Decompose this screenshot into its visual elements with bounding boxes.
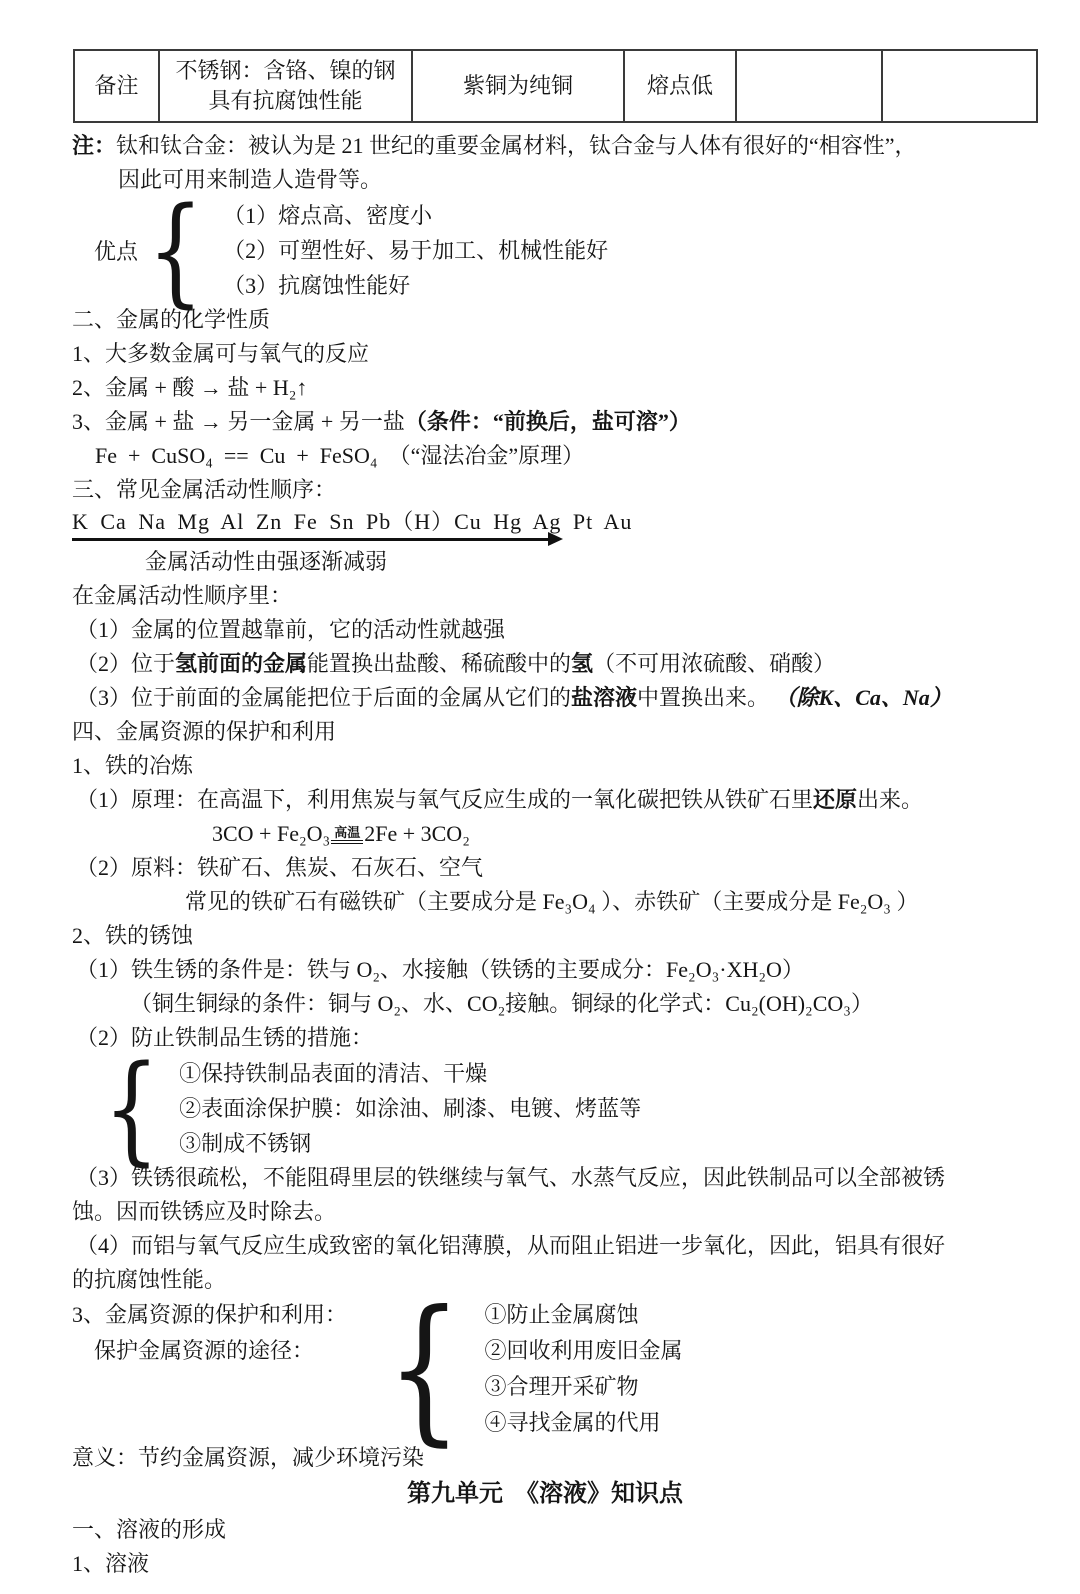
table-cell-stainless-steel: 不锈钢：含铬、镍的钢 具有抗腐蚀性能 (159, 50, 412, 122)
arrow-head-icon (548, 532, 563, 546)
protection-item: ③合理开采矿物 (485, 1369, 683, 1405)
table-row: 备注 不锈钢：含铬、镍的钢 具有抗腐蚀性能 紫铜为纯铜 熔点低 (74, 50, 1037, 122)
note-line-2: 因此可用来制造人造骨等。 (72, 163, 1036, 197)
prevention-list: ①保持铁制品表面的清洁、干燥 ②表面涂保护膜：如涂油、刷漆、电镀、烤蓝等 ③制成… (179, 1056, 641, 1161)
rule-3-exception: （除K、Ca、Na） (775, 685, 952, 710)
prevention-heading: （2）防止铁制品生锈的措施： (72, 1021, 1036, 1055)
reaction-condition: 高温 (331, 826, 363, 844)
chem-prop-1: 1、大多数金属可与氧气的反应 (72, 337, 1036, 371)
prevention-group: { ①保持铁制品表面的清洁、干燥 ②表面涂保护膜：如涂油、刷漆、电镀、烤蓝等 ③… (94, 1055, 1036, 1161)
rule-3-mid: 中置换出来。 (637, 685, 775, 710)
series-intro: 在金属活动性顺序里： (72, 579, 1036, 613)
activity-rule-1: （1）金属的位置越靠前，它的活动性就越强 (72, 613, 1036, 647)
study-notes-page: 备注 不锈钢：含铬、镍的钢 具有抗腐蚀性能 紫铜为纯铜 熔点低 注：钛和钛合金：… (0, 0, 1080, 1594)
series-caption: 金属活动性由强逐渐减弱 (72, 545, 1036, 579)
wet-metallurgy-equation: Fe + CuSO₄ == Cu + FeSO₄ （“湿法冶金”原理） (72, 439, 1036, 473)
equation-left: 3CO + Fe₂O₃ (212, 821, 330, 846)
left-brace-icon: { (387, 1298, 462, 1440)
protection-item: ②回收利用废旧金属 (485, 1333, 683, 1369)
protection-heading: 3、金属资源的保护和利用： (72, 1297, 372, 1333)
aluminum-line-2: 的抗腐蚀性能。 (72, 1263, 1036, 1297)
section-3-heading: 三、常见金属活动性顺序： (72, 473, 1036, 507)
left-brace-icon: { (147, 197, 203, 303)
chem-prop-3-condition: （条件：“前换后，盐可溶”） (405, 409, 691, 434)
note-label: 注： (72, 133, 116, 158)
unit-9-title: 第九单元 《溶液》知识点 (54, 1475, 1036, 1513)
protection-meaning: 意义：节约金属资源，减少环境污染 (72, 1441, 1036, 1475)
aluminum-line-1: （4）而铝与氧气反应生成致密的氧化铝薄膜，从而阻止铝进一步氧化，因此，铝具有很好 (72, 1229, 1036, 1263)
rust-condition: （1）铁生锈的条件是：铁与 O₂、水接触（铁锈的主要成分：Fe₂O₃·XH₂O） (72, 953, 1036, 987)
rust-loose-line-1: （3）铁锈很疏松，不能阻碍里层的铁继续与氧气、水蒸气反应，因此铁制品可以全部被锈 (72, 1161, 1036, 1195)
protection-section: 3、金属资源的保护和利用： 保护金属资源的途径： { ①防止金属腐蚀 ②回收利用… (72, 1297, 1036, 1441)
iron-ores: 常见的铁矿石有磁铁矿（主要成分是 Fe₃O₄ ）、赤铁矿（主要成分是 Fe₂O₃… (72, 885, 1036, 919)
smelting-materials: （2）原料：铁矿石、焦炭、石灰石、空气 (72, 851, 1036, 885)
protection-item: ④寻找金属的代用 (485, 1405, 683, 1441)
rust-loose-line-2: 蚀。因而铁锈应及时除去。 (72, 1195, 1036, 1229)
equation-right: 2Fe + 3CO₂ (364, 821, 470, 846)
protection-sub: 保护金属资源的途径： (72, 1333, 372, 1369)
chem-prop-3: 3、金属 + 盐 → 另一金属 + 另一盐（条件：“前换后，盐可溶”） (72, 405, 1036, 439)
chem-prop-3-text: 3、金属 + 盐 → 另一金属 + 另一盐 (72, 409, 405, 434)
left-brace-icon: { (103, 1055, 159, 1161)
rule-3-bold-salt: 盐溶液 (571, 685, 637, 710)
prevention-item: ①保持铁制品表面的清洁、干燥 (179, 1056, 641, 1091)
table-cell-empty-2 (882, 50, 1037, 122)
principle-bold-reduce: 还原 (813, 787, 857, 812)
advantage-item: （2）可塑性好、易于加工、机械性能好 (223, 233, 608, 268)
advantages-label: 优点 (94, 235, 138, 266)
protection-list: ①防止金属腐蚀 ②回收利用废旧金属 ③合理开采矿物 ④寻找金属的代用 (485, 1297, 683, 1441)
arrow-shaft (72, 538, 550, 541)
principle-post: 出来。 (857, 787, 923, 812)
rule-2-bold-hydrogen: 氢 (571, 651, 593, 676)
smelting-principle: （1）原理：在高温下，利用焦炭与氧气反应生成的一氧化碳把铁从铁矿石里还原出来。 (72, 783, 1036, 817)
advantage-item: （1）熔点高、密度小 (223, 198, 608, 233)
rule-2-pre: （2）位于 (76, 651, 175, 676)
rule-2-post: （不可用浓硫酸、硝酸） (593, 651, 835, 676)
activity-rule-3: （3）位于前面的金属能把位于后面的金属从它们的盐溶液中置换出来。 （除K、Ca、… (72, 681, 1036, 715)
protection-group: { ①防止金属腐蚀 ②回收利用废旧金属 ③合理开采矿物 ④寻找金属的代用 (374, 1297, 683, 1441)
iron-smelting-heading: 1、铁的冶炼 (72, 749, 1036, 783)
rule-3-pre: （3）位于前面的金属能把位于后面的金属从它们的 (76, 685, 571, 710)
prevention-item: ②表面涂保护膜：如涂油、刷漆、电镀、烤蓝等 (179, 1091, 641, 1126)
note-line-1: 注：钛和钛合金：被认为是 21 世纪的重要金属材料，钛合金与人体有很好的“相容性… (72, 129, 1036, 163)
rule-2-mid: 能置换出盐酸、稀硫酸中的 (307, 651, 571, 676)
activity-arrow (72, 535, 564, 545)
principle-pre: （1）原理：在高温下，利用焦炭与氧气反应生成的一氧化碳把铁从铁矿石里 (76, 787, 813, 812)
titanium-note: 注：钛和钛合金：被认为是 21 世纪的重要金属材料，钛合金与人体有很好的“相容性… (72, 129, 1036, 197)
rule-2-bold-metal: 氢前面的金属 (175, 651, 307, 676)
protection-item: ①防止金属腐蚀 (485, 1297, 683, 1333)
section-4-heading: 四、金属资源的保护和利用 (72, 715, 1036, 749)
protection-labels: 3、金属资源的保护和利用： 保护金属资源的途径： (72, 1297, 372, 1369)
unit-9-section-1: 一、溶液的形成 (72, 1513, 1036, 1547)
copper-patina: （铜生铜绿的条件：铜与 O₂、水、CO₂接触。铜绿的化学式：Cu₂(OH)₂CO… (72, 987, 1036, 1021)
unit-9-item-1: 1、溶液 (72, 1547, 1036, 1581)
note-text-1: 钛和钛合金：被认为是 21 世纪的重要金属材料，钛合金与人体有很好的“相容性”， (116, 133, 917, 158)
advantage-item: （3）抗腐蚀性能好 (223, 268, 608, 303)
table-cell-empty-1 (736, 50, 882, 122)
smelting-equation: 3CO + Fe₂O₃高温2Fe + 3CO₂ (72, 817, 1036, 851)
iron-rusting-heading: 2、铁的锈蚀 (72, 919, 1036, 953)
remarks-table: 备注 不锈钢：含铬、镍的钢 具有抗腐蚀性能 紫铜为纯铜 熔点低 (73, 49, 1038, 123)
table-cell-remark-label: 备注 (74, 50, 159, 122)
activity-rule-2: （2）位于氢前面的金属能置换出盐酸、稀硫酸中的氢（不可用浓硫酸、硝酸） (72, 647, 1036, 681)
table-cell-copper: 紫铜为纯铜 (412, 50, 624, 122)
section-2-heading: 二、金属的化学性质 (72, 303, 1036, 337)
advantages-list: （1）熔点高、密度小 （2）可塑性好、易于加工、机械性能好 （3）抗腐蚀性能好 (223, 198, 608, 303)
prevention-item: ③制成不锈钢 (179, 1126, 641, 1161)
table-cell-melting-point: 熔点低 (624, 50, 736, 122)
advantages-group: 优点 { （1）熔点高、密度小 （2）可塑性好、易于加工、机械性能好 （3）抗腐… (94, 197, 1036, 303)
chem-prop-2: 2、金属 + 酸 → 盐 + H₂↑ (72, 371, 1036, 405)
